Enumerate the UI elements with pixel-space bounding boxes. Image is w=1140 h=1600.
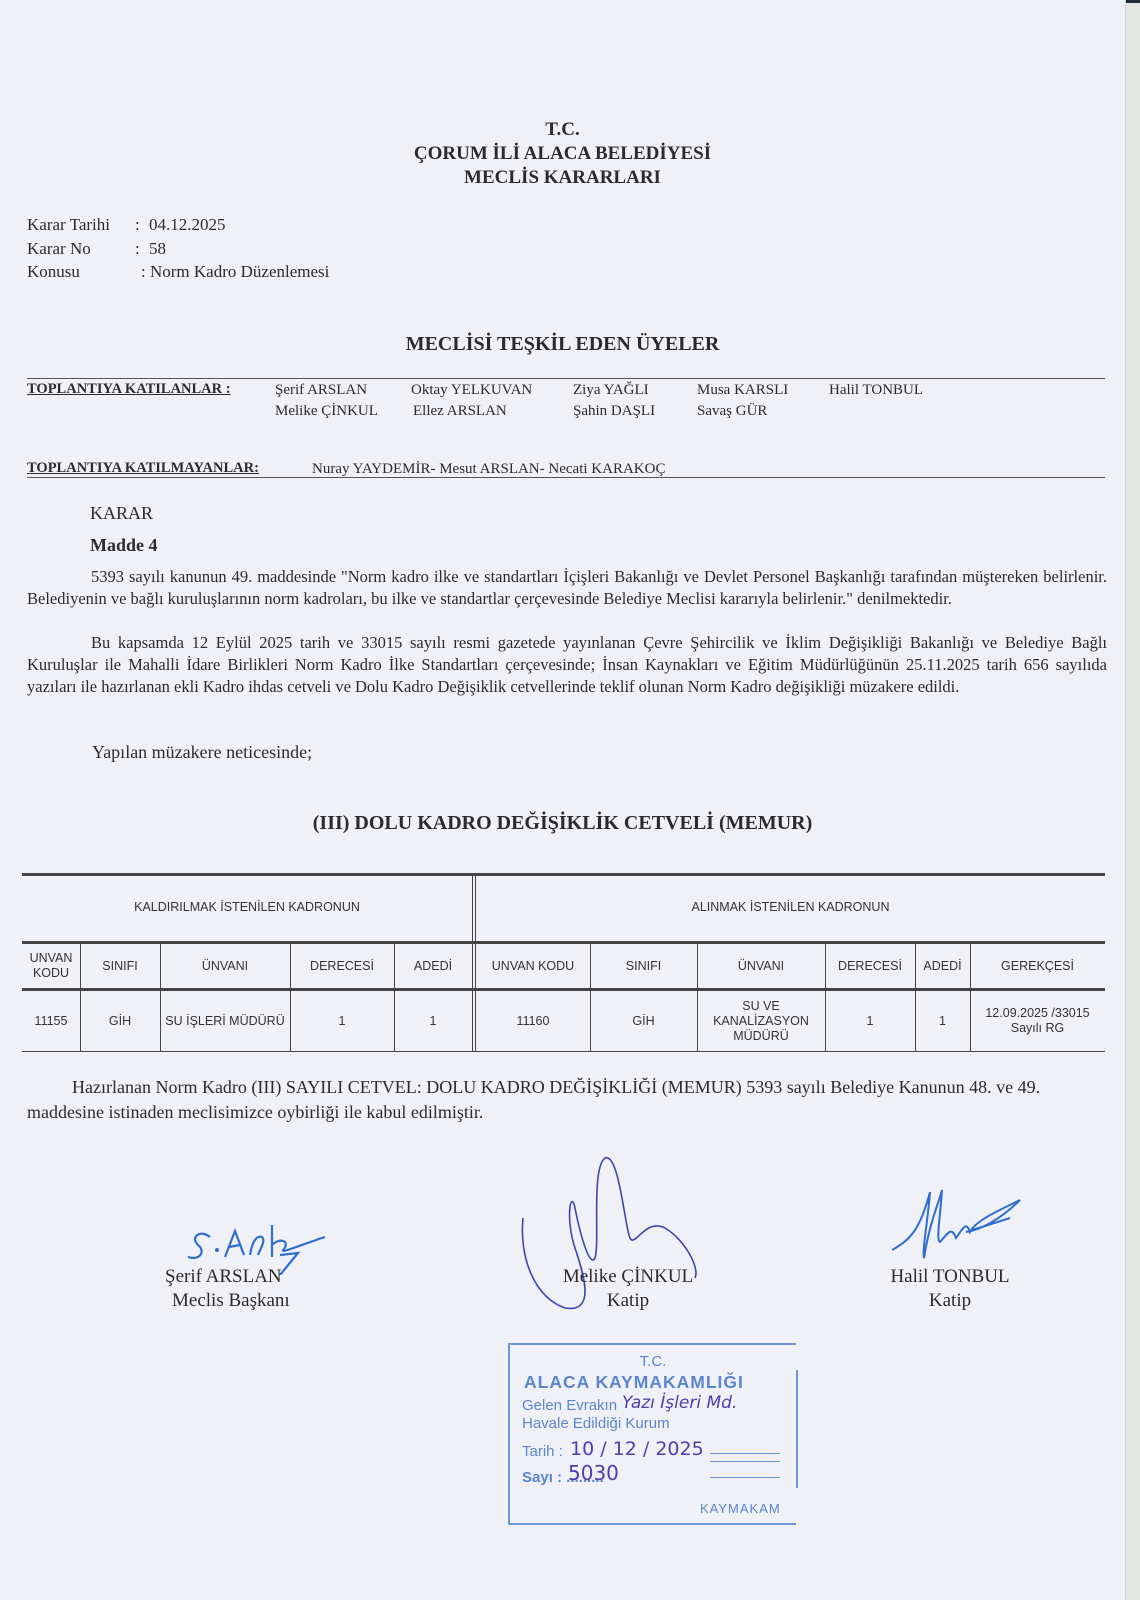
- absent-label: TOPLANTIYA KATILMAYANLAR:: [27, 460, 259, 477]
- table-rule-bottom: [22, 1051, 1105, 1052]
- table-cell: SU VE KANALİZASYON MÜDÜRÜ: [697, 991, 825, 1051]
- attended-7: Ellez ARSLAN: [413, 401, 507, 421]
- column-header: DERECESİ: [290, 944, 394, 988]
- table-cell: 11160: [476, 991, 590, 1051]
- stamp-tc: T.C.: [510, 1353, 796, 1370]
- attended-label: TOPLANTIYA KATILANLAR :: [27, 381, 231, 398]
- no-label: Karar No: [27, 237, 135, 261]
- attended-8: Şahin DAŞLI: [573, 401, 655, 421]
- paragraph-2: Bu kapsamda 12 Eylül 2025 tarih ve 33015…: [27, 632, 1107, 698]
- registry-stamp: T.C. ALACA KAYMAKAMLIĞI Gelen Evrakın Ya…: [508, 1343, 796, 1525]
- date-value: 04.12.2025: [149, 213, 226, 237]
- stamp-right-border: [796, 1370, 798, 1488]
- attended-5: Halil TONBUL: [829, 380, 923, 400]
- stamp-footer: KAYMAKAM: [700, 1501, 781, 1516]
- attended-6: Melike ÇİNKUL: [275, 401, 378, 421]
- stamp-date-value: 10 / 12 / 2025: [570, 1438, 704, 1460]
- header-tc: T.C.: [0, 118, 1125, 141]
- header-title: MECLİS KARARLARI: [0, 166, 1125, 189]
- attended-1: Şerif ARSLAN: [275, 380, 367, 400]
- stamp-office: ALACA KAYMAKAMLIĞI: [524, 1372, 744, 1393]
- stamp-incoming: Gelen Evrakın: [522, 1397, 617, 1414]
- table-cell: SU İŞLERİ MÜDÜRÜ: [160, 991, 290, 1051]
- group-header-added: ALINMAK İSTENİLEN KADRONUN: [476, 873, 1105, 941]
- column-header: DERECESİ: [825, 944, 915, 988]
- date-label: Karar Tarihi: [27, 213, 135, 237]
- signer-1-role: Meclis Başkanı: [172, 1289, 332, 1313]
- stamp-date-label: Tarih :: [522, 1443, 563, 1460]
- scan-edge: [1125, 0, 1140, 1600]
- table-cell: 1: [394, 991, 472, 1051]
- header-municipality: ÇORUM İLİ ALACA BELEDİYESİ: [0, 142, 1125, 165]
- table-cell: 1: [825, 991, 915, 1051]
- attended-2: Oktay YELKUVAN: [411, 380, 532, 400]
- column-header: ADEDİ: [915, 944, 970, 988]
- column-header: SINIFI: [590, 944, 697, 988]
- closing-statement: Hazırlanan Norm Kadro (III) SAYILI CETVE…: [27, 1075, 1107, 1125]
- stamp-no-value: 5030: [568, 1461, 619, 1485]
- table-cell: 1: [915, 991, 970, 1051]
- signer-1-name: Şerif ARSLAN: [165, 1265, 325, 1289]
- karar-heading: KARAR: [90, 503, 153, 524]
- attended-4: Musa KARSLI: [697, 380, 788, 400]
- deliberation-result: Yapılan müzakere neticesinde;: [92, 742, 312, 763]
- column-header: UNVAN KODU: [22, 944, 80, 988]
- absent-value: Nuray YAYDEMİR- Mesut ARSLAN- Necati KAR…: [312, 459, 665, 479]
- stamp-handwritten-department: Yazı İşleri Md.: [622, 1393, 737, 1413]
- table-cell: 1: [290, 991, 394, 1051]
- members-title: MECLİSİ TEŞKİL EDEN ÜYELER: [0, 333, 1125, 356]
- members-rule-bottom: [27, 477, 1105, 478]
- paragraph-1: 5393 sayılı kanunun 49. maddesinde "Norm…: [27, 566, 1107, 610]
- members-rule-top: [27, 378, 1105, 379]
- subject-label: Konusu: [27, 260, 135, 284]
- no-value: 58: [149, 237, 166, 261]
- column-header: ÜNVANI: [160, 944, 290, 988]
- table-cell: GİH: [590, 991, 697, 1051]
- table-title: (III) DOLU KADRO DEĞİŞİKLİK CETVELİ (MEM…: [0, 812, 1125, 835]
- table-cell: 11155: [22, 991, 80, 1051]
- signer-3-name: Halil TONBUL: [870, 1265, 1030, 1289]
- signature-halil-tonbul: [880, 1180, 1040, 1260]
- column-header: SINIFI: [80, 944, 160, 988]
- signer-2-name: Melike ÇİNKUL: [548, 1265, 708, 1289]
- table-cell: 12.09.2025 /33015 Sayılı RG: [970, 991, 1105, 1051]
- column-header: ÜNVANI: [697, 944, 825, 988]
- madde-heading: Madde 4: [90, 535, 158, 556]
- attended-9: Savaş GÜR: [697, 401, 767, 421]
- attended-3: Ziya YAĞLI: [573, 380, 649, 400]
- table-group-divider: [472, 873, 473, 1051]
- signer-3-role: Katip: [870, 1289, 1030, 1313]
- stamp-forwarded: Havale Edildiği Kurum: [522, 1415, 670, 1432]
- column-header: GEREKÇESİ: [970, 944, 1105, 988]
- signer-2-role: Katip: [548, 1289, 708, 1313]
- scan-edge-top: [1126, 0, 1140, 3]
- table-cell: GİH: [80, 991, 160, 1051]
- decision-meta: Karar Tarihi:04.12.2025 Karar No:58 Konu…: [27, 213, 329, 284]
- subject-value: Norm Kadro Düzenlemesi: [150, 260, 329, 284]
- group-header-removed: KALDIRILMAK İSTENİLEN KADRONUN: [22, 873, 472, 941]
- column-header: UNVAN KODU: [476, 944, 590, 988]
- column-header: ADEDİ: [394, 944, 472, 988]
